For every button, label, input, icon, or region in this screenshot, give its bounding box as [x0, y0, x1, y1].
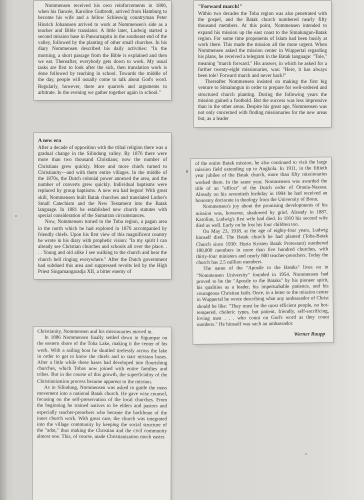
left-column-block-2: A new era After a decade of opposition w…: [34, 133, 171, 279]
scan-speck: [15, 215, 17, 217]
scan-speck: [186, 170, 188, 173]
left-column-block-1: Nommensen received his own reinforcement…: [34, 1, 171, 100]
paragraph-legacy: The name of the "Apostle to the Bataks" …: [196, 266, 329, 330]
paragraph-silindung-church: As in Silindung, Nommensen was asked to …: [37, 386, 167, 442]
left-column-block-3: Christianity, Nommensen and his missiona…: [33, 327, 172, 500]
paragraph-grief: Nommensen's joy about the promising deve…: [196, 204, 328, 230]
paragraph-death-and-church-growth: On May 23, 1918, at the age of eighty-fo…: [196, 229, 328, 268]
paragraph-batak-mission-leader: of the entire Batak mission, he also con…: [195, 160, 328, 205]
section-heading-a-new-era: A new era: [38, 138, 167, 145]
paragraph-toba-region: Now, Nommensen turned to the Toba region…: [38, 220, 167, 276]
section-heading-forward-march: "Forward march!": [198, 4, 327, 11]
scan-speck: [305, 453, 307, 455]
paragraph-new-era: After a decade of opposition with the tr…: [38, 146, 167, 220]
right-column-block-2: of the entire Batak mission, he also con…: [191, 157, 333, 344]
author-signature: Werner Raupp: [197, 332, 325, 340]
scanned-book-page: Nommensen received his own reinforcement…: [0, 0, 364, 500]
page-left-edge-shadow: [0, 0, 7, 500]
right-column-block-1: "Forward march!" Within two decades the …: [194, 1, 331, 127]
paragraph-sigumpar: In 1886 Nommensen finally settled down i…: [37, 336, 167, 386]
paragraph-within-two-decades: Within two decades the Toba region was a…: [198, 12, 327, 80]
paragraph-nommensen-reinforcements: Nommensen received his own reinforcement…: [38, 4, 167, 97]
paragraph-thereafter: Thereafter Nommensen insisted on making …: [198, 80, 327, 123]
